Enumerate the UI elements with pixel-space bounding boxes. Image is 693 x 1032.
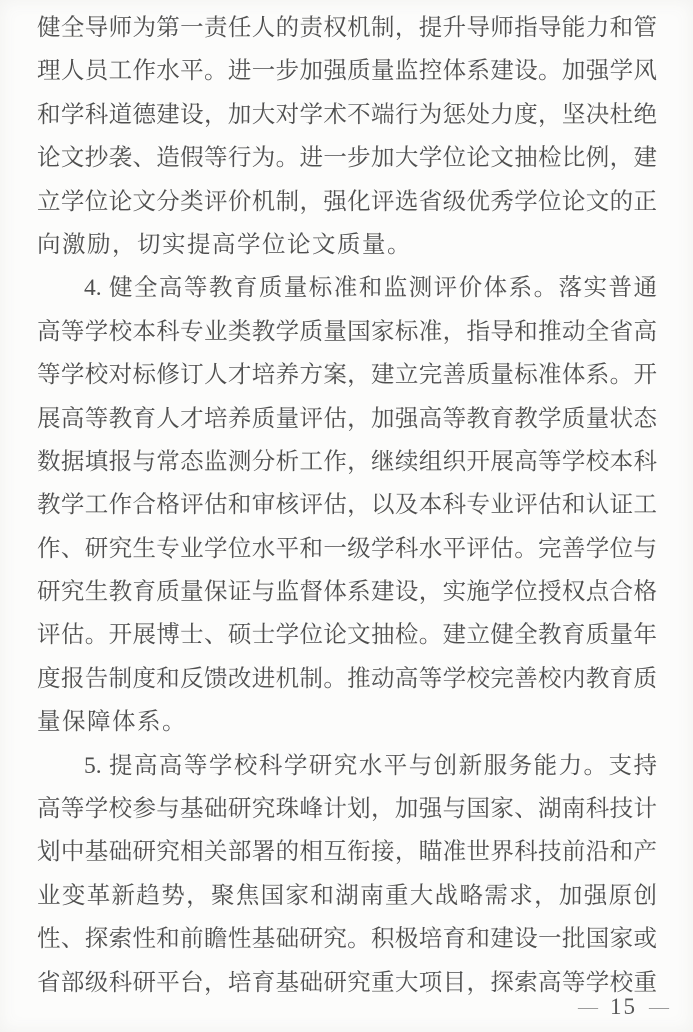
text-line: 业变革新趋势，聚焦国家和湖南重大战略需求，加强原创	[37, 875, 657, 918]
text-line: 健全导师为第一责任人的责权机制，提升导师指导能力和管	[37, 7, 657, 50]
page-footer: — 15 —	[578, 994, 669, 1020]
text-line: 展高等教育人才培养质量评估，加强高等教育教学质量状态	[37, 398, 657, 441]
text-line: 高等学校参与基础研究珠峰计划，加强与国家、湖南科技计	[37, 788, 657, 831]
text-line: 向激励，切实提高学位论文质量。	[37, 224, 657, 267]
text-line: 性、探索性和前瞻性基础研究。积极培育和建设一批国家或	[37, 918, 657, 961]
footer-dash-right: —	[649, 996, 669, 1019]
paragraph-item-4: 4. 健全高等教育质量标准和监测评价体系。落实普通 高等学校本科专业类教学质量国…	[37, 267, 657, 744]
page-number: 15	[610, 994, 637, 1020]
text-line: 量保障体系。	[37, 701, 657, 744]
text-line: 5. 提高高等学校科学研究水平与创新服务能力。支持	[37, 745, 657, 788]
text-line: 评估。开展博士、硕士学位论文抽检。建立健全教育质量年	[37, 614, 657, 657]
text-line: 作、研究生专业学位水平和一级学科水平评估。完善学位与	[37, 528, 657, 571]
footer-dash-left: —	[578, 996, 598, 1019]
text-line: 研究生教育质量保证与监督体系建设，实施学位授权点合格	[37, 571, 657, 614]
text-line: 和学科道德建设，加大对学术不端行为惩处力度，坚决杜绝	[37, 94, 657, 137]
text-line: 论文抄袭、造假等行为。进一步加大学位论文抽检比例，建	[37, 137, 657, 180]
text-line: 划中基础研究相关部署的相互衔接，瞄准世界科技前沿和产	[37, 831, 657, 874]
text-line: 省部级科研平台，培育基础研究重大项目，探索高等学校重	[37, 962, 657, 1005]
paragraph-item-5: 5. 提高高等学校科学研究水平与创新服务能力。支持 高等学校参与基础研究珠峰计划…	[37, 745, 657, 1005]
text-line: 高等学校本科专业类教学质量国家标准，指导和推动全省高	[37, 311, 657, 354]
document-body-text: 健全导师为第一责任人的责权机制，提升导师指导能力和管 理人员工作水平。进一步加强…	[37, 7, 657, 1005]
text-line: 4. 健全高等教育质量标准和监测评价体系。落实普通	[37, 267, 657, 310]
text-line: 教学工作合格评估和审核评估，以及本科专业评估和认证工	[37, 484, 657, 527]
text-line: 数据填报与常态监测分析工作，继续组织开展高等学校本科	[37, 441, 657, 484]
text-line: 等学校对标修订人才培养方案，建立完善质量标准体系。开	[37, 354, 657, 397]
paragraph-continuation: 健全导师为第一责任人的责权机制，提升导师指导能力和管 理人员工作水平。进一步加强…	[37, 7, 657, 267]
document-page: 健全导师为第一责任人的责权机制，提升导师指导能力和管 理人员工作水平。进一步加强…	[0, 0, 693, 1032]
text-line: 度报告制度和反馈改进机制。推动高等学校完善校内教育质	[37, 658, 657, 701]
text-line: 理人员工作水平。进一步加强质量监控体系建设。加强学风	[37, 50, 657, 93]
text-line: 立学位论文分类评价机制，强化评选省级优秀学位论文的正	[37, 181, 657, 224]
